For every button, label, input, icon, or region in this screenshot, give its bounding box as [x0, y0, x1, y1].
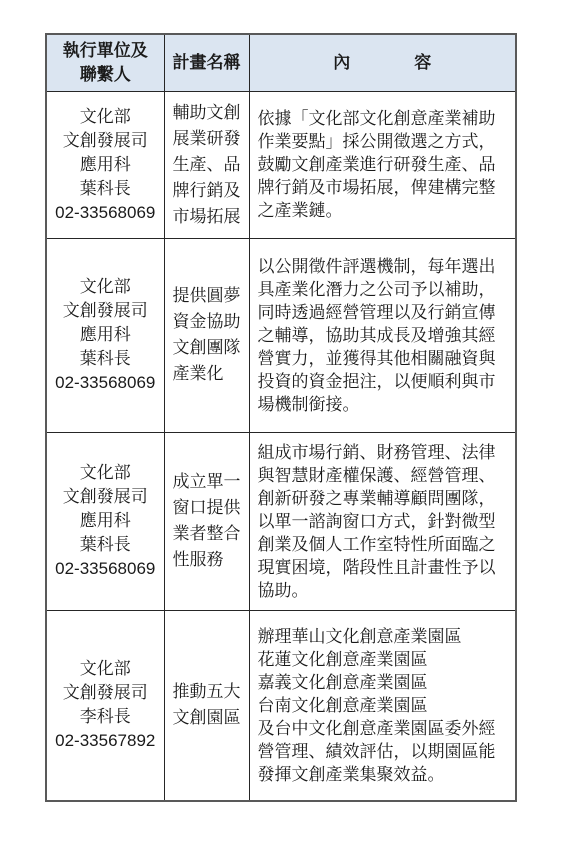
header-plan-name-label: 計畫名稱 — [167, 51, 247, 75]
table-row: 文化部 文創發展司 應用科 葉科長 02-33568069 成立單一 窗口提供 … — [46, 432, 516, 610]
content-cell: 辦理華山文化創意產業園區 花蓮文化創意產業園區 嘉義文化創意產業園區 台南文化創… — [249, 610, 516, 801]
header-content: 內 容 — [249, 34, 516, 91]
header-plan-name: 計畫名稱 — [164, 34, 249, 91]
plan-cell: 推動五大 文創園區 — [164, 610, 249, 801]
header-content-label: 內 容 — [252, 51, 514, 75]
header-unit-contact-label: 執行單位及 聯繫人 — [49, 39, 162, 87]
unit-cell: 文化部 文創發展司 應用科 葉科長 02-33568069 — [46, 432, 164, 610]
info-table: 執行單位及 聯繫人 計畫名稱 內 容 文化部 文創發展司 應用科 葉科長 02-… — [45, 33, 517, 802]
table-row: 文化部 文創發展司 李科長 02-33567892 推動五大 文創園區 辦理華山… — [46, 610, 516, 801]
header-row: 執行單位及 聯繫人 計畫名稱 內 容 — [46, 34, 516, 91]
table-row: 文化部 文創發展司 應用科 葉科長 02-33568069 提供圓夢 資金協助 … — [46, 238, 516, 432]
unit-cell: 文化部 文創發展司 應用科 葉科長 02-33568069 — [46, 91, 164, 238]
unit-cell: 文化部 文創發展司 應用科 葉科長 02-33568069 — [46, 238, 164, 432]
table-row: 文化部 文創發展司 應用科 葉科長 02-33568069 輔助文創 展業研發 … — [46, 91, 516, 238]
plan-cell: 成立單一 窗口提供 業者整合 性服務 — [164, 432, 249, 610]
plan-cell: 輔助文創 展業研發 生產、品 牌行銷及 市場拓展 — [164, 91, 249, 238]
content-cell: 組成市場行銷、財務管理、法律 與智慧財產權保護、經營管理、 創新研發之專業輔導顧… — [249, 432, 516, 610]
document-page: 執行單位及 聯繫人 計畫名稱 內 容 文化部 文創發展司 應用科 葉科長 02-… — [0, 0, 561, 841]
header-unit-contact: 執行單位及 聯繫人 — [46, 34, 164, 91]
content-cell: 以公開徵件評選機制，每年選出 具產業化潛力之公司予以補助， 同時透過經營管理以及… — [249, 238, 516, 432]
content-cell: 依據「文化部文化創意產業補助 作業要點」採公開徵選之方式， 鼓勵文創產業進行研發… — [249, 91, 516, 238]
plan-cell: 提供圓夢 資金協助 文創團隊 產業化 — [164, 238, 249, 432]
unit-cell: 文化部 文創發展司 李科長 02-33567892 — [46, 610, 164, 801]
